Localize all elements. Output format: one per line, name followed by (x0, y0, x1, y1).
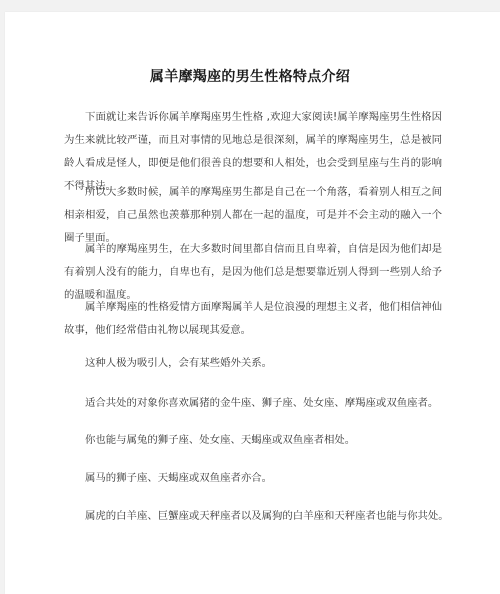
paragraph-compatible-horse: 属马的狮子座、天蝎座或双鱼座者亦合。 (85, 467, 455, 490)
paragraph-compatible-rabbit: 你也能与属兔的狮子座、处女座、天蝎座或双鱼座者相处。 (85, 429, 455, 452)
paragraph-compatible-pig: 适合共处的对象你喜欢属猪的金牛座、狮子座、处女座、摩羯座或双鱼座者。 (85, 392, 455, 415)
paragraph-compatible-tiger-dog: 属虎的白羊座、巨蟹座或天秤座者以及属狗的白羊座和天秤座者也能与你共处。 (85, 505, 455, 528)
document-title: 属羊摩羯座的男生性格特点介绍 (0, 66, 500, 86)
paragraph-attraction: 这种人极为吸引人，会有某些婚外关系。 (85, 352, 455, 375)
paragraph-love: 属羊摩羯座的性格爱情方面摩羯属羊人是位浪漫的理想主义者，他们相信神仙故事，他们经… (64, 296, 442, 342)
